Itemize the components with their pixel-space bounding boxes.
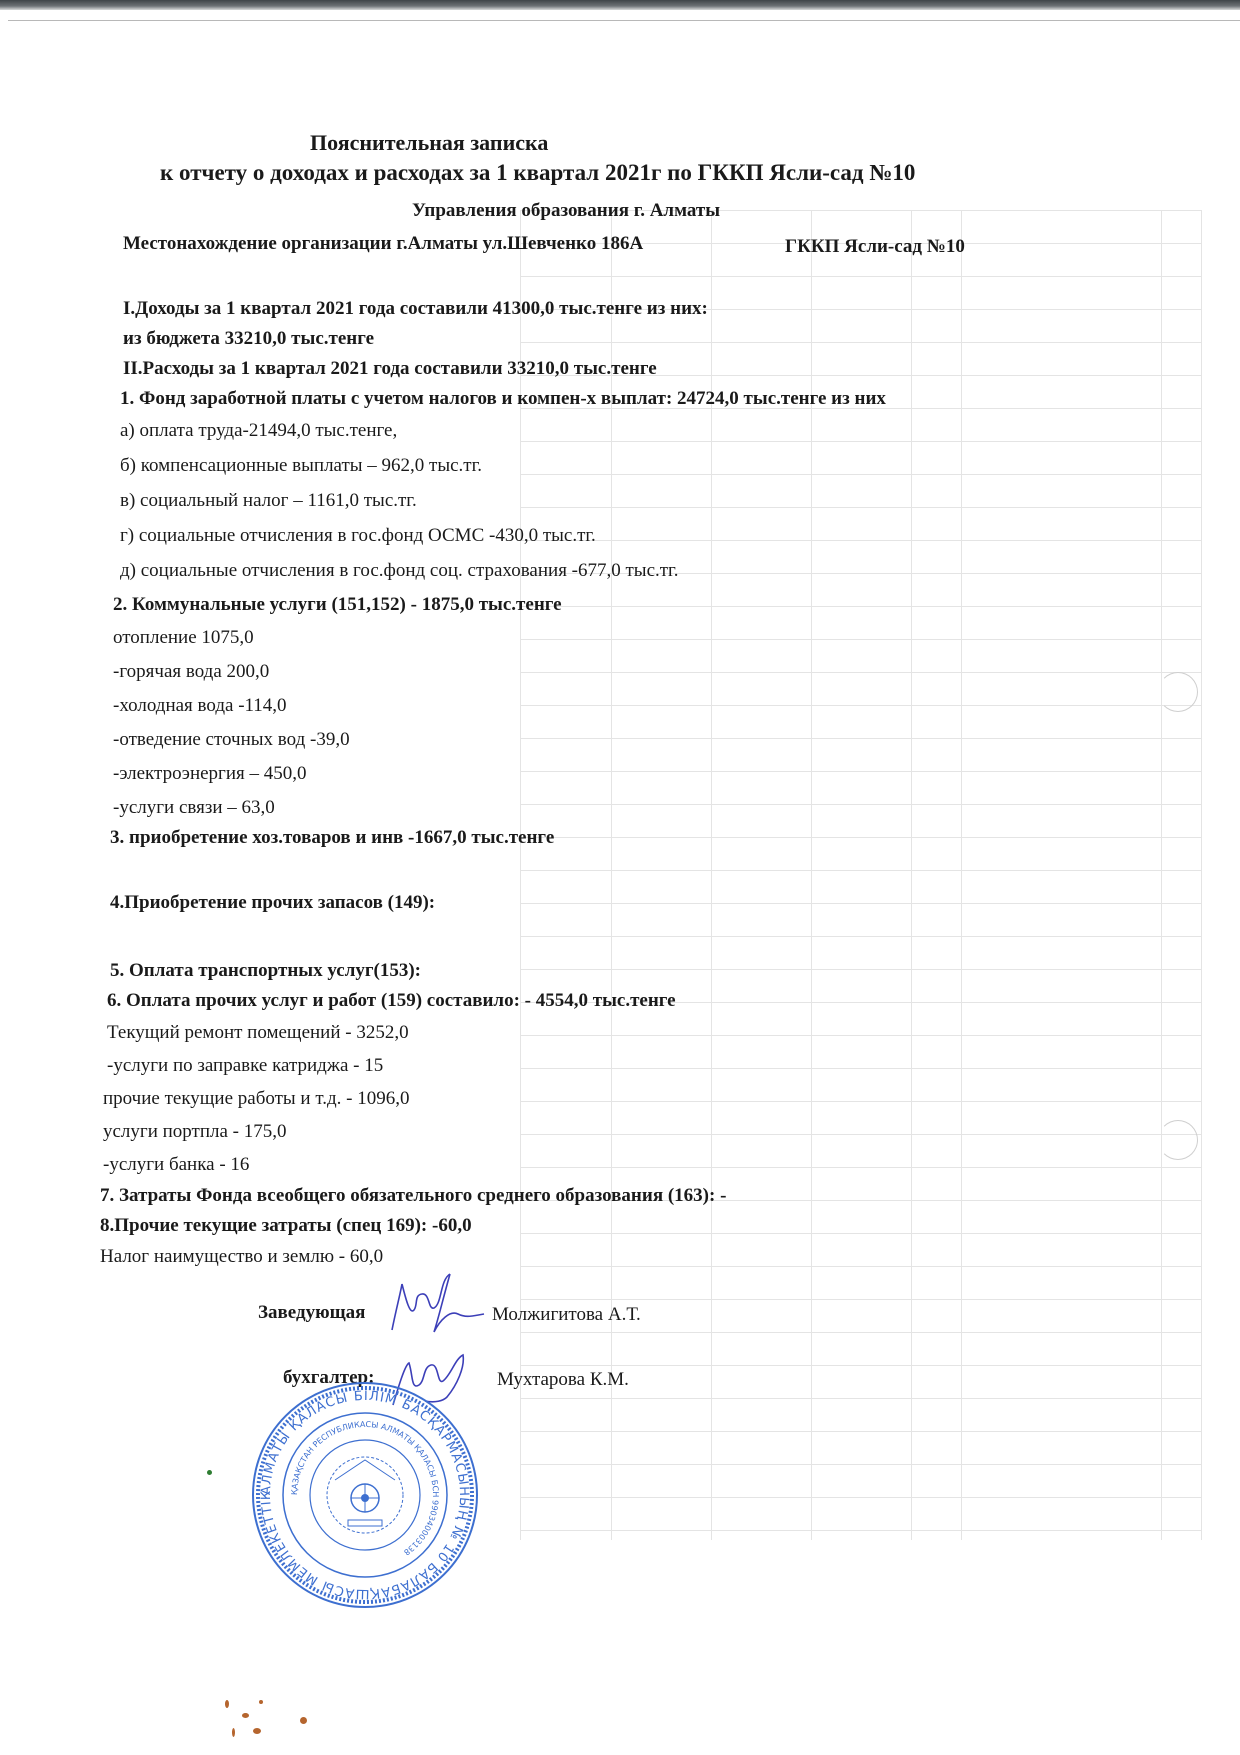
speck bbox=[207, 1470, 212, 1475]
stain bbox=[232, 1728, 235, 1737]
section-item: -отведение сточных вод -39,0 bbox=[113, 729, 350, 751]
document-title: Пояснительная записка bbox=[310, 132, 548, 154]
section-heading: 3. приобретение хоз.товаров и инв -1667,… bbox=[110, 827, 554, 849]
head-name: Молжигитова А.Т. bbox=[492, 1304, 641, 1326]
head-signature-icon bbox=[380, 1270, 490, 1340]
punch-hole-mark bbox=[1158, 1120, 1198, 1160]
scan-edge-top bbox=[0, 0, 1240, 10]
section-item: -электроэнергия – 450,0 bbox=[113, 763, 307, 785]
section-item: -услуги связи – 63,0 bbox=[113, 797, 275, 819]
section-item: -горячая вода 200,0 bbox=[113, 661, 269, 683]
section-item: -услуги банка - 16 bbox=[103, 1154, 249, 1176]
document-subtitle: к отчету о доходах и расходах за 1 кварт… bbox=[160, 162, 915, 184]
section-item: г) социальные отчисления в гос.фонд ОСМС… bbox=[120, 525, 596, 547]
section-item: -услуги по заправке катриджа - 15 bbox=[107, 1055, 383, 1077]
location: Местонахождение организации г.Алматы ул.… bbox=[123, 233, 643, 255]
punch-hole-mark bbox=[1158, 672, 1198, 712]
expenses-total: II.Расходы за 1 квартал 2021 года состав… bbox=[123, 358, 657, 380]
section-heading: 1. Фонд заработной платы с учетом налого… bbox=[120, 388, 886, 410]
section-item: -холодная вода -114,0 bbox=[113, 695, 287, 717]
organization: ГККП Ясли-сад №10 bbox=[785, 236, 965, 258]
section-item: б) компенсационные выплаты – 962,0 тыс.т… bbox=[120, 455, 482, 477]
section-heading: 2. Коммунальные услуги (151,152) - 1875,… bbox=[113, 594, 562, 616]
stain bbox=[259, 1700, 263, 1704]
stain bbox=[300, 1717, 307, 1724]
section-item: в) социальный налог – 1161,0 тыс.тг. bbox=[120, 490, 417, 512]
stain bbox=[225, 1700, 229, 1708]
section-item: Текущий ремонт помещений - 3252,0 bbox=[107, 1022, 409, 1044]
section-heading: 4.Приобретение прочих запасов (149): bbox=[110, 892, 435, 914]
stain bbox=[253, 1728, 261, 1734]
section-item: прочие текущие работы и т.д. - 1096,0 bbox=[103, 1088, 409, 1110]
head-role: Заведующая bbox=[258, 1302, 365, 1324]
section-heading: 5. Оплата транспортных услуг(153): bbox=[110, 960, 421, 982]
scan-edge-line bbox=[8, 20, 1240, 21]
section-heading: 8.Прочие текущие затраты (спец 169): -60… bbox=[100, 1215, 472, 1237]
official-stamp-icon: АЛМАТЫ ҚАЛАСЫ БІЛІМ БАСҚАРМАСЫНЫҢ № 10 Б… bbox=[250, 1380, 480, 1610]
section-item: а) оплата труда-21494,0 тыс.тенге, bbox=[120, 420, 397, 442]
section-item: услуги портпла - 175,0 bbox=[103, 1121, 287, 1143]
section-heading: 7. Затраты Фонда всеобщего обязательного… bbox=[100, 1185, 726, 1207]
section-item: Налог наимущество и землю - 60,0 bbox=[100, 1246, 383, 1268]
income-budget: из бюджета 33210,0 тыс.тенге bbox=[123, 328, 374, 350]
accountant-name: Мухтарова К.М. bbox=[497, 1369, 629, 1391]
section-heading: 6. Оплата прочих услуг и работ (159) сос… bbox=[107, 990, 676, 1012]
section-item: д) социальные отчисления в гос.фонд соц.… bbox=[120, 560, 678, 582]
income-total: I.Доходы за 1 квартал 2021 года составил… bbox=[123, 298, 708, 320]
stain bbox=[242, 1713, 249, 1718]
department: Управления образования г. Алматы bbox=[412, 200, 720, 222]
section-item: отопление 1075,0 bbox=[113, 627, 254, 649]
